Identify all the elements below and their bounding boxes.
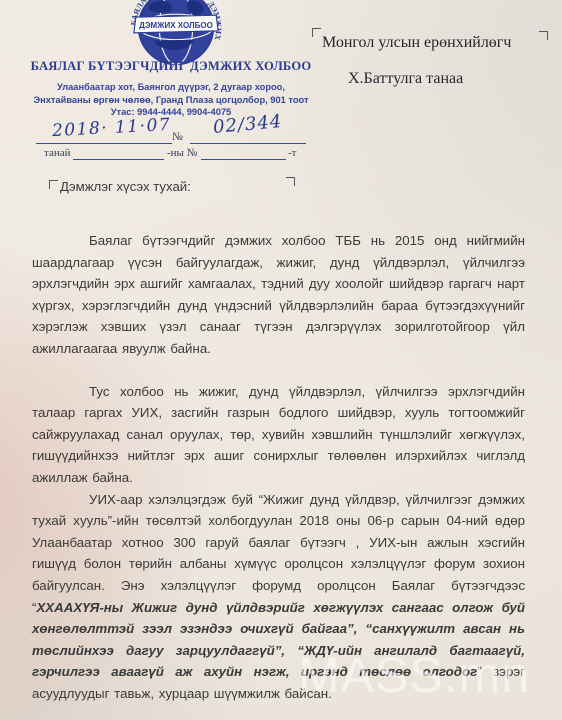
subject-block: Дэмжлэг хүсэх тухай:	[49, 177, 295, 199]
corner-bracket-right-icon	[539, 31, 548, 40]
your-ref-underline-1	[73, 159, 164, 160]
ref-number-underline	[190, 143, 306, 144]
logo-banner-text: ДЭМЖИХ ХОЛБОО	[139, 21, 213, 30]
organization-name: БАЯЛАГ БҮТЭЭГЧДИЙГ ДЭМЖИХ ХОЛБОО	[28, 59, 314, 74]
photographed-letter-page: БАЯЛАГ БҮТЭЭГЧДИЙГ ДЭМЖИХ ДЭМЖИХ ХОЛБОО …	[0, 0, 562, 720]
paragraph-3-regular-start: УИХ-аар хэлэлцэгдэж буй “Жижиг дунд үйлд…	[32, 492, 525, 615]
org-address-line-2: Энхтайваны өргөн чөлөө, Гранд Плаза цогц…	[28, 94, 314, 107]
addressee-name: Х.Баттулга танаа	[348, 70, 463, 88]
subject-text: Дэмжлэг хүсэх тухай:	[60, 179, 191, 194]
handwritten-ref-number: 02/344	[212, 111, 283, 138]
corner-bracket-left-icon	[49, 180, 58, 189]
date-underline	[36, 143, 172, 144]
letter-body: Баялаг бүтээгчдийг дэмжих холбоо ТББ нь …	[32, 230, 525, 704]
your-ref-suffix-label: -т	[288, 147, 296, 159]
letterhead: БАЯЛАГ БҮТЭЭГЧДИЙГ ДЭМЖИХ ХОЛБОО Улаанба…	[28, 59, 314, 119]
handwritten-date: 2018· 11·07	[52, 115, 172, 141]
mass-mn-watermark: MASS.mn	[298, 646, 530, 704]
addressee-title: Монгол улсын ерөнхийлөгч	[322, 34, 511, 52]
corner-bracket-right-icon	[286, 177, 295, 186]
your-ref-label: танай	[44, 147, 70, 159]
your-ref-underline-2	[201, 159, 286, 160]
body-paragraph-2: Тус холбоо нь жижиг, дунд үйлдвэрлэл, үй…	[32, 381, 525, 489]
number-symbol: №	[172, 131, 183, 143]
corner-bracket-left-icon	[312, 28, 321, 37]
org-address-line-1: Улаанбаатар хот, Баянгол дүүрэг, 2 дугаа…	[28, 81, 314, 94]
body-paragraph-1: Баялаг бүтээгчдийг дэмжих холбоо ТББ нь …	[32, 230, 525, 360]
addressee-block: Монгол улсын ерөнхийлөгч Х.Баттулга тана…	[312, 28, 548, 100]
your-ref-mid-label: -ны №	[167, 147, 197, 159]
